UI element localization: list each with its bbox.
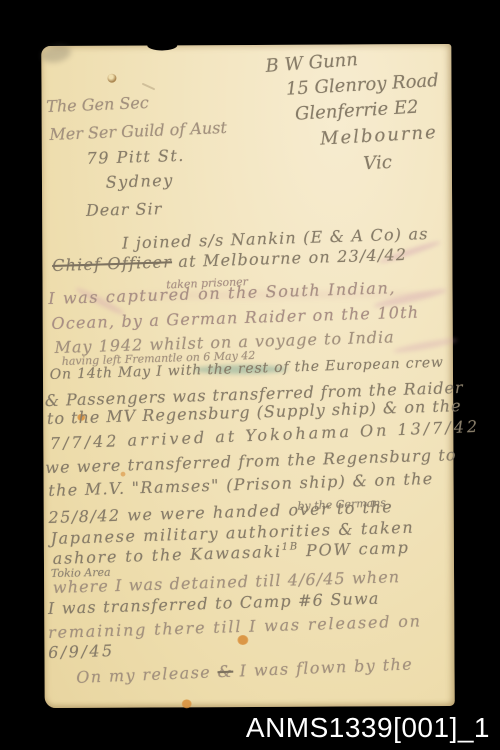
body-line-text: On my release	[76, 662, 218, 687]
pinhole-stain	[107, 74, 116, 83]
sender-address-line: Vic	[363, 152, 393, 175]
recipient-line: Sydney	[105, 171, 174, 192]
stain-spot	[182, 699, 192, 708]
smudge-mark	[393, 336, 458, 355]
body-line: 6/9/45	[48, 641, 115, 662]
recipient-line: Mer Ser Guild of Aust	[49, 118, 227, 144]
salutation: Dear Sir	[86, 199, 163, 220]
archive-image-viewer: B W Gunn 15 Glenroy Road Glenferrie E2 M…	[0, 0, 500, 750]
body-line: On my release & I was flown by the	[76, 654, 414, 687]
body-line: I was captured on the South Indian,	[48, 278, 396, 308]
sender-address-line: Melbourne	[320, 122, 439, 150]
stain-spot	[237, 635, 248, 645]
letter-page: B W Gunn 15 Glenroy Road Glenferrie E2 M…	[41, 44, 454, 708]
recipient-line: 79 Pitt St.	[86, 146, 185, 168]
struck-text: Chief Officer	[52, 252, 172, 275]
sender-name: B W Gunn	[265, 49, 359, 77]
body-line: Chief Officer at Melbourne on 23/4/42	[52, 245, 408, 275]
sender-address-line: Glenferrie E2	[294, 97, 419, 125]
smudge-mark	[40, 43, 73, 65]
pencil-dash-mark	[142, 83, 156, 91]
recipient-line: The Gen Sec	[46, 93, 149, 116]
struck-text: &	[217, 662, 233, 682]
image-filename-caption: ANMS1339[001]_1	[246, 712, 490, 744]
torn-edge-notch	[147, 40, 177, 50]
sender-address-line: 15 Glenroy Road	[285, 70, 439, 100]
body-line-text: POW camp	[299, 538, 410, 560]
body-line-text: I was flown by the	[233, 654, 414, 680]
superscript-note: 1B	[282, 541, 300, 553]
